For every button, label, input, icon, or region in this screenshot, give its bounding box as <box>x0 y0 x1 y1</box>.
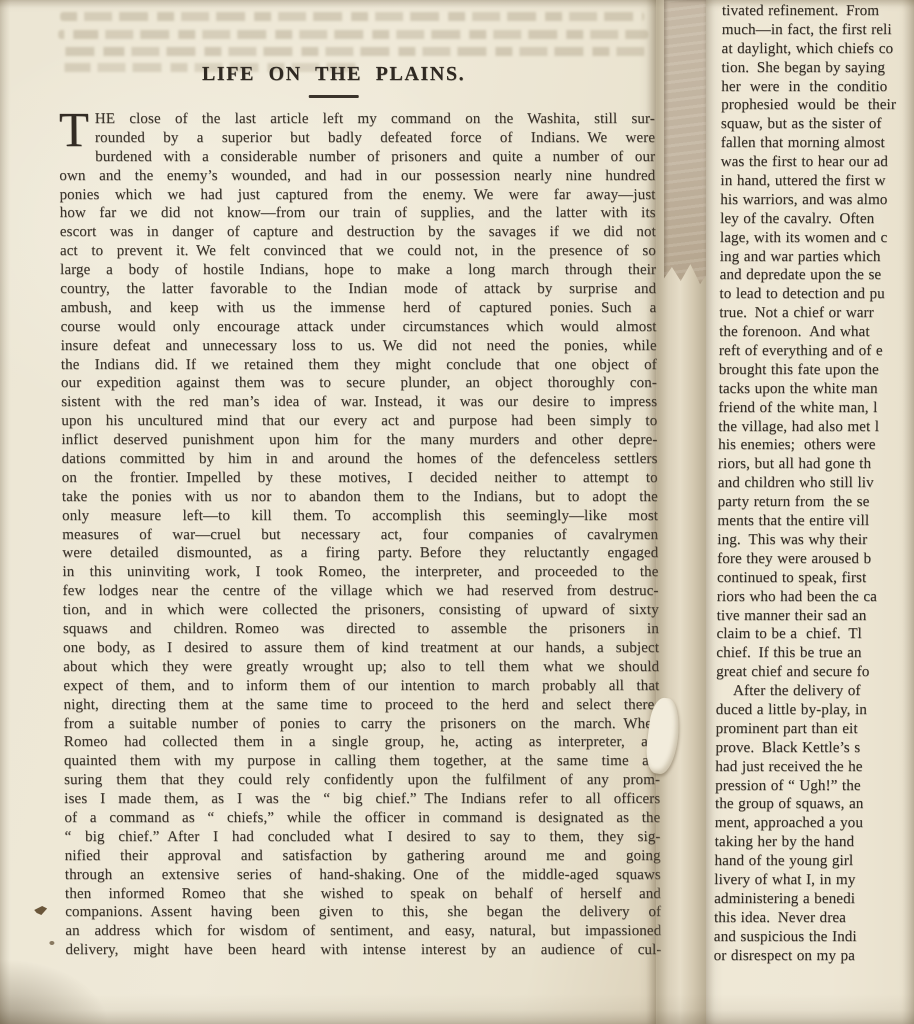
text-line: and children who still liv <box>718 474 914 493</box>
text-line: expect of them, and to inform them of ou… <box>63 677 659 696</box>
paper-speck <box>34 906 47 915</box>
text-line: great chief and secure fo <box>716 663 914 682</box>
text-line: sistent with the red man’s idea of war. … <box>61 393 657 412</box>
drop-cap: T <box>59 111 89 148</box>
left-text-lines: T HE close of the last article left my c… <box>59 110 662 960</box>
text-line: had just received the he <box>715 758 914 777</box>
text-line: then informed Romeo that she wished to s… <box>65 885 661 904</box>
text-line: on the frontier. Impelled by these motiv… <box>62 469 658 488</box>
text-line: through an extensive series of hand-shak… <box>65 866 661 885</box>
text-line: claim to be a chief. Tl <box>716 625 914 644</box>
text-line: this idea. Never drea <box>714 909 914 928</box>
text-line: were detailed dismounted, as a firing pa… <box>62 544 658 563</box>
text-line: rounded by a superior but badly defeated… <box>59 129 655 148</box>
repair-strip <box>664 0 708 284</box>
text-line: night, directing them at the same time t… <box>63 696 659 715</box>
text-line: friend of the white man, l <box>718 399 914 418</box>
text-line: the group of squaws, an <box>715 795 914 814</box>
text-line: large a body of hostile Indians, hope to… <box>60 261 656 280</box>
text-line: in hand, uttered the first w <box>720 172 914 191</box>
text-line: HE close of the last article left my com… <box>59 110 655 129</box>
text-line: livery of what I, in my <box>714 871 914 890</box>
text-line: at daylight, which chiefs co <box>722 40 914 59</box>
text-line: squaws and children. Romeo was directed … <box>63 620 659 639</box>
text-line: the forenoon. And what <box>719 323 914 342</box>
text-line: ments that the entire vill <box>717 512 914 531</box>
text-line: prove. Black Kettle’s s <box>715 739 914 758</box>
showthrough-line <box>60 47 646 56</box>
text-line: squaw, but as the sister of <box>721 115 914 134</box>
text-line: riors who had been the ca <box>717 588 914 607</box>
text-line: in this uninviting work, I took Romeo, t… <box>62 563 658 582</box>
left-page-content: LIFE ON THE PLAINS. T HE close of the la… <box>0 0 664 1024</box>
text-line: ambush, and keep with us the immense her… <box>60 299 656 318</box>
text-line: an address which for wisdom of sentiment… <box>65 922 661 941</box>
text-line: own and the enemy’s wounded, and had in … <box>59 167 655 186</box>
text-line: the village, had also met l <box>718 418 914 437</box>
article-title: LIFE ON THE PLAINS. <box>160 62 506 86</box>
text-line: her were in the conditio <box>721 78 914 97</box>
text-line: how far we did not know—from our train o… <box>60 204 656 223</box>
text-line: suring them that they could rely confide… <box>64 771 660 790</box>
text-line: reft of everything and of e <box>719 342 914 361</box>
showthrough-line <box>60 12 644 21</box>
text-line: true. Not a chief or warr <box>719 304 914 323</box>
text-line: his enemies; others were <box>718 436 914 455</box>
paper-speck <box>49 941 54 945</box>
text-line: of a command as “ chiefs,” while the off… <box>64 809 660 828</box>
text-line: and depredate upon the se <box>720 266 914 285</box>
text-line: dations committed by him in and around t… <box>62 450 658 469</box>
text-line: take the ponies with us nor to abandon t… <box>62 488 658 507</box>
text-line: from a suitable number of ponies to carr… <box>64 715 660 734</box>
text-line: to lead to detection and pu <box>719 285 914 304</box>
text-line: lage, with its women and c <box>720 229 914 248</box>
text-line: and suspicious the Indi <box>714 928 914 947</box>
text-line: riors, but all had gone th <box>718 455 914 474</box>
text-line: act to prevent it. We felt convinced tha… <box>60 242 656 261</box>
left-page: LIFE ON THE PLAINS. T HE close of the la… <box>0 0 656 1024</box>
text-line: pression of “ Ugh!” the <box>715 777 914 796</box>
text-line: much—in fact, the first reli <box>722 21 914 40</box>
showthrough-line <box>58 30 648 39</box>
text-line: upon his uncultured mind that our every … <box>61 412 657 431</box>
text-line: tion, and in which were collected the pr… <box>63 601 659 620</box>
text-line: his warriors, and was almo <box>720 191 914 210</box>
text-line: quainted them with my purpose in calling… <box>64 752 660 771</box>
text-line: ing. This was why their <box>717 531 914 550</box>
text-line: few lodges near the centre of the villag… <box>63 582 659 601</box>
text-line: After the delivery of <box>716 682 914 701</box>
text-line: “ big chief.” After I had concluded what… <box>65 828 661 847</box>
text-line: inflict deserved punishment upon him for… <box>61 431 657 450</box>
text-line: administering a benedi <box>714 890 914 909</box>
text-line: tivated refinement. From <box>722 2 914 21</box>
text-line: course would only encourage attack under… <box>60 318 656 337</box>
text-line: fallen that morning almost <box>721 134 914 153</box>
right-page: tivated refinement. Frommuch—in fact, th… <box>706 0 914 1024</box>
text-line: delivery, might have been heard with int… <box>65 941 661 960</box>
text-line: ises I made them, as I was the “ big chi… <box>64 790 660 809</box>
right-text-lines: tivated refinement. Frommuch—in fact, th… <box>714 2 914 965</box>
text-line: prominent part than eit <box>716 720 914 739</box>
text-line: taking her by the hand <box>715 833 914 852</box>
text-line: only measure left—to kill them. To accom… <box>62 507 658 526</box>
text-line: was the first to hear our ad <box>721 153 914 172</box>
book-photo: LIFE ON THE PLAINS. T HE close of the la… <box>0 0 914 1024</box>
text-line: hand of the young girl <box>714 852 914 871</box>
text-line: prophesied would be their <box>721 96 914 115</box>
text-line: measures of war—cruel but necessary act,… <box>62 526 658 545</box>
text-line: about which they were greatly wrought up… <box>63 658 659 677</box>
text-line: tion. She began by saying <box>721 59 914 78</box>
text-line: ment, approached a you <box>715 814 914 833</box>
text-line: escort was in danger of capture and dest… <box>60 223 656 242</box>
text-line: chief. If this be true an <box>716 644 914 663</box>
text-line: tive manner their sad an <box>717 607 914 626</box>
text-line: ley of the cavalry. Often <box>720 210 914 229</box>
text-line: Romeo had collected them in a single gro… <box>64 733 660 752</box>
text-line: party return from the se <box>718 493 914 512</box>
text-line: continued to speak, first <box>717 569 914 588</box>
text-line: country, the latter favorable to the Ind… <box>60 280 656 299</box>
text-line: burdened with a considerable number of p… <box>59 148 655 167</box>
title-rule <box>309 95 359 98</box>
text-line: one body, as I desired to assure them of… <box>63 639 659 658</box>
text-line: insure defeat and unnecessary loss to us… <box>61 337 657 356</box>
text-line: fore they were aroused b <box>717 550 914 569</box>
text-line: our expedition against them was to secur… <box>61 374 657 393</box>
text-line: nified their approval and satisfaction b… <box>65 847 661 866</box>
text-line: the Indians did. If we retained them the… <box>61 356 657 375</box>
text-line: companions. Assent having been given to … <box>65 903 661 922</box>
text-line: or disrespect on my pa <box>714 947 914 966</box>
text-line: ponies which we had just captured from t… <box>59 186 655 205</box>
text-line: duced a little by-play, in <box>716 701 914 720</box>
text-line: tacks upon the white man <box>719 380 914 399</box>
text-line: brought this fate upon the <box>719 361 914 380</box>
text-line: ing and war parties which <box>720 248 914 267</box>
